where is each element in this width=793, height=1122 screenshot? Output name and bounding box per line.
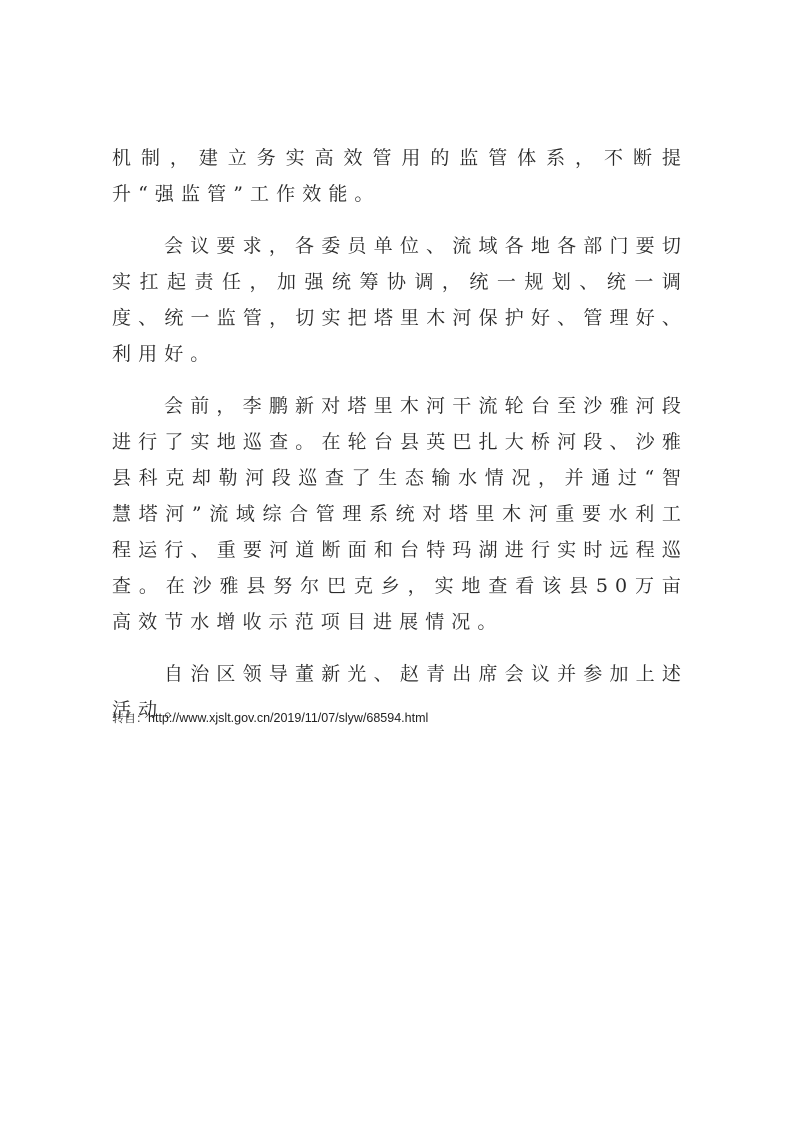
paragraph-2: 会议要求，各委员单位、流域各地各部门要切实扛起责任，加强统筹协调，统一规划、统一… (112, 228, 688, 372)
paragraph-3: 会前，李鹏新对塔里木河干流轮台至沙雅河段进行了实地巡查。在轮台县英巴扎大桥河段、… (112, 388, 688, 640)
document-page: 机制，建立务实高效管用的监管体系，不断提升“强监管”工作效能。 会议要求，各委员… (0, 0, 793, 1122)
source-url[interactable]: http://www.xjslt.gov.cn/2019/11/07/slyw/… (148, 711, 428, 725)
article-body: 机制，建立务实高效管用的监管体系，不断提升“强监管”工作效能。 会议要求，各委员… (112, 140, 688, 744)
paragraph-1: 机制，建立务实高效管用的监管体系，不断提升“强监管”工作效能。 (112, 140, 688, 212)
source-line: 转自：http://www.xjslt.gov.cn/2019/11/07/sl… (112, 709, 428, 726)
source-label: 转自： (112, 711, 148, 725)
